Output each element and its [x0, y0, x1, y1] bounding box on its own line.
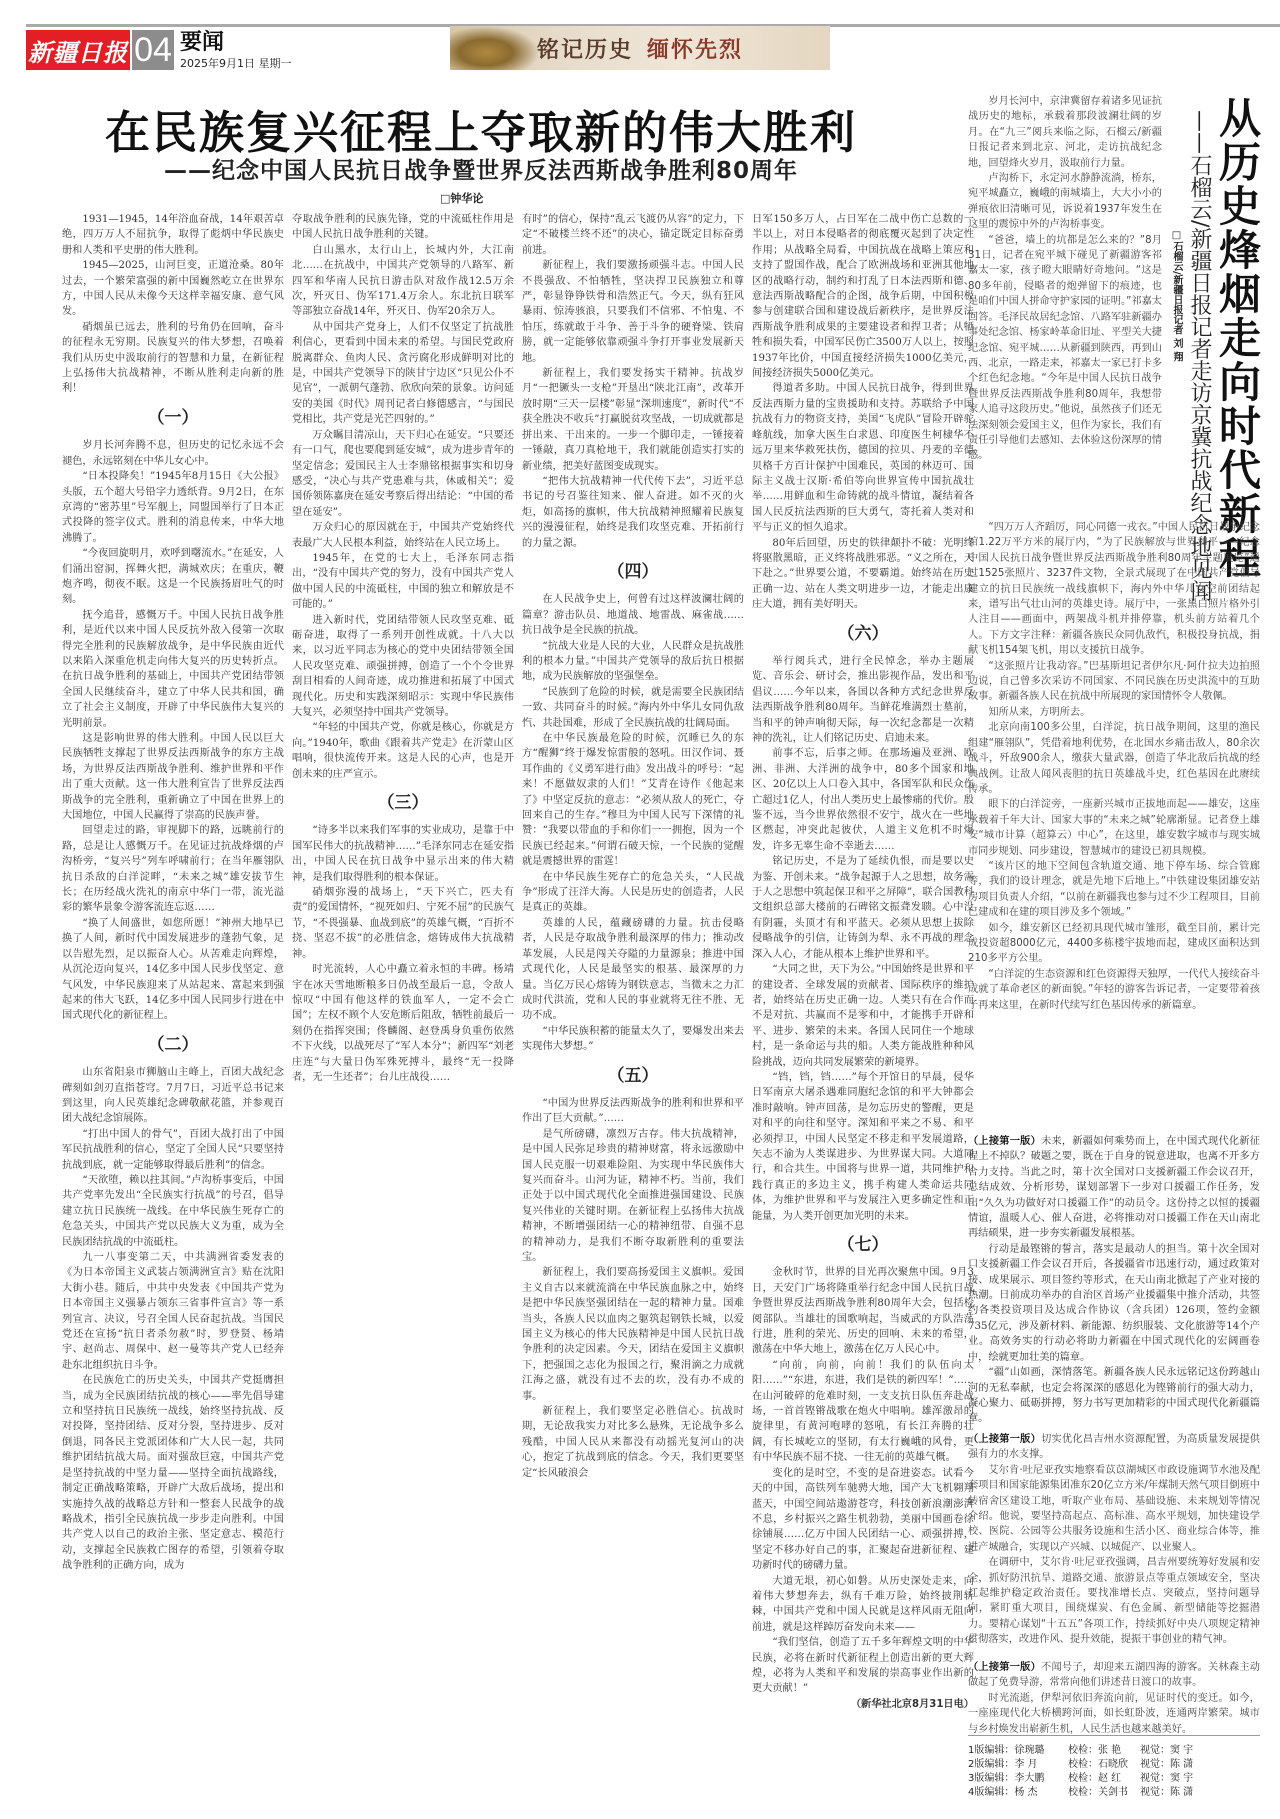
- paragraph: 抚今追昔，感慨万千。中国人民抗日战争胜利，是近代以来中国人民反抗外敌入侵第一次取…: [62, 608, 284, 731]
- side-article-body: “四万万人齐蹈厉，同心同德一戎衣。”中国人民抗日战争纪念馆1.22万平方米的展厅…: [968, 520, 1260, 1220]
- article-column-4: 日军150多万人，占日军在二战中伤亡总数的一半以上，对日本侵略者的彻底覆灭起到了…: [752, 212, 974, 1812]
- credit-row: 1版编辑：徐琬璐 校检：张 艳 视觉：窦 宇: [968, 1744, 1260, 1758]
- paragraph: 在中华民族生死存亡的危急关头，“人民战争”形成了汪洋大海。人民是历史的创造者，人…: [522, 870, 744, 916]
- continued-tag: （上接第一版）: [968, 1434, 1041, 1445]
- issue-date: 2025年9月1日 星期一: [180, 58, 292, 69]
- paragraph: “日本投降矣！”1945年8月15日《大公报》头版，五个超大号铅字力透纸背。9月…: [62, 469, 284, 546]
- paragraph: 岁月长河奔腾不息，但历史的记忆永远不会褪色，永远铭刻在中华儿女心中。: [62, 438, 284, 469]
- paragraph: 硝烟虽已远去，胜利的号角仍在回响，奋斗的征程永无穷期。民族复兴的伟大梦想，召唤着…: [62, 320, 284, 397]
- section-heading: （二）: [62, 1038, 284, 1053]
- section-name: 要闻: [180, 32, 292, 54]
- masthead: 新疆日报 04 要闻 2025年9月1日 星期一: [26, 30, 292, 70]
- section-heading: （六）: [752, 627, 974, 642]
- paragraph: 万众归心的原因就在于，中国共产党始终代表最广大人民根本利益，始终站在人民立场上。: [292, 520, 514, 551]
- paragraph: “抗战大业是人民的大业，人民群众是抗战胜利的根本力量。”中国共产党领导的敌后抗日…: [522, 639, 744, 685]
- section-info: 要闻 2025年9月1日 星期一: [180, 32, 292, 69]
- paragraph: “中华民族积蓄的能量太久了，要爆发出来去实现伟大梦想。”: [522, 1024, 744, 1055]
- banner-illustration-icon: [450, 26, 540, 70]
- paragraph: “天欲堕，赖以拄其间。”卢沟桥事变后，中国共产党率先发出“全民族实行抗战”的号召…: [62, 1173, 284, 1250]
- credit-proof: 校检：石晓欣: [1068, 1758, 1140, 1772]
- credit-visual: 视觉：陈 潇: [1140, 1758, 1260, 1772]
- main-byline: □钟华论: [440, 190, 483, 206]
- paragraph: 这是影响世界的伟大胜利。中国人民以巨大民族牺牲支撑起了世界反法西斯战争的东方主战…: [62, 731, 284, 823]
- paragraph: 艾尔肯·吐尼亚孜实地察看苡苡湖城区市政设施调节水池及配套项目和国家能源集团准东2…: [968, 1463, 1260, 1555]
- paragraph: 北京向南100多公里，白洋淀，抗日战争期间，这里的渔民组建“雁翎队”，凭借着地利…: [968, 720, 1260, 797]
- paragraph: 前事不忘，后事之师。在那场遍及亚洲、欧洲、非洲、大洋洲的战争中，80多个国家和地…: [752, 746, 974, 854]
- paragraph: 铭记历史，不是为了延续仇恨，而是要以史为鉴、开创未来。“战争起源于人之思想，故务…: [752, 854, 974, 962]
- paragraph: 硝烟弥漫的战场上，“天下兴亡，匹夫有责”的爱国情怀，“视死如归、宁死不屈”的民族…: [292, 885, 514, 962]
- paragraph: 在人民战争史上，何曾有过这样波澜壮阔的篇章？游击队员、地道战、地雷战、麻雀战………: [522, 592, 744, 638]
- paragraph: 从中国共产党身上，人们不仅坚定了抗战胜利信心，更看到中国未来的希望。与国民党政府…: [292, 320, 514, 428]
- continued-article-3: （上接第一版）不闻号子，却迎来五湖四海的游客。关林森主动做起了免费导游，常常向他…: [968, 1660, 1260, 1737]
- paragraph: “大同之世，天下为公。”中国始终是世界和平的建设者、全球发展的贡献者、国际秩序的…: [752, 962, 974, 1070]
- paragraph: “四万万人齐蹈厉，同心同德一戎衣。”中国人民抗日战争纪念馆1.22万平方米的展厅…: [968, 520, 1260, 659]
- paragraph: “向前，向前，向前！我们的队伍向太阳……”“东进，东进，我们是铁的新四军！”………: [752, 1358, 974, 1466]
- paragraph: 1931—1945，14年浴血奋战，14年艰苦卓绝，四万万人不屈抗争，取得了彪炳…: [62, 212, 284, 258]
- credit-row: 3版编辑：李大鹏 校检：赵 红 视觉：窦 宇: [968, 1772, 1260, 1786]
- paragraph: “我们坚信，创造了五千多年辉煌文明的中华民族，必将在新时代新征程上创造出新的更大…: [752, 1635, 974, 1697]
- credit-editor: 3版编辑：李大鹏: [968, 1772, 1068, 1786]
- credit-proof: 校检：关剑书: [1068, 1786, 1140, 1800]
- paragraph: 卢沟桥下，永定河水静静流淌，桥东，宛平城矗立，巍峨的南城墙上，大大小小的弹痕依旧…: [968, 171, 1162, 233]
- paragraph: 山东省阳泉市狮脑山主峰上，百团大战纪念碑刻如剑刃直指苍穹。7月7日，习近平总书记…: [62, 1065, 284, 1127]
- paragraph: “打出中国人的骨气”，百团大战打出了中国军民抗战胜利的信心，坚定了全国人民“只要…: [62, 1127, 284, 1173]
- editorial-credits: 1版编辑：徐琬璐 校检：张 艳 视觉：窦 宇 2版编辑：李 月 校检：石晓欣 视…: [968, 1744, 1260, 1800]
- banner-slogan: 铭记历史缅怀先烈: [537, 33, 743, 64]
- credit-proof: 校检：张 艳: [1068, 1744, 1140, 1758]
- article-dateline: （新华社北京8月31日电）: [752, 1697, 974, 1712]
- paragraph: “白洋淀的生态资源和红色资源得天独厚，一代代人接续奋斗成就了革命老区的新面貌。”…: [968, 967, 1260, 1013]
- side-article-intro-column: 岁月长河中，京津冀留存着诸多见证抗战历史的地标，承载着那段波澜壮阔的岁月。在“九…: [968, 94, 1162, 464]
- section-heading: （四）: [522, 565, 744, 580]
- paragraph: 新征程上，我们要坚定必胜信心。抗战时期，无论敌我实力对比多么悬殊，无论战争多么残…: [522, 1404, 744, 1481]
- paragraph: “铛，铛，铛……”每个开馆日的早晨，侵华日军南京大屠杀遇难同胞纪念馆的和平大钟都…: [752, 1070, 974, 1224]
- paragraph: 得道者多助。中国人民抗日战争，得到世界反法西斯力量的宝贵援助和支持。苏联给予中国…: [752, 381, 974, 535]
- paragraph: “该片区的地下空间包含轨道交通、地下停车场、综合管廊等，我们的设计理念，就是先地…: [968, 859, 1260, 921]
- banner-slogan-a: 铭记历史: [537, 38, 633, 63]
- section-heading: （一）: [62, 411, 284, 426]
- page-number: 04: [132, 30, 174, 70]
- paragraph: 回望走过的路，审视脚下的路，远眺前行的路，总是让人感慨万千。在见证过抗战烽烟的卢…: [62, 823, 284, 915]
- credit-editor: 4版编辑：杨 杰: [968, 1786, 1068, 1800]
- paragraph: 时光流逝，伊犁河依旧奔流向前，见证时代的变迁。如今，一座座现代化大桥横跨河面，如…: [968, 1691, 1260, 1737]
- paragraph: 知所从来，方明所去。: [968, 705, 1260, 720]
- paragraph: 白山黑水，太行山上，长城内外，大江南北……在抗战中，中国共产党领导的八路军、新四…: [292, 243, 514, 320]
- paragraph: 在调研中，艾尔肯·吐尼亚孜强调，昌吉州要统筹好发展和安全，抓好防汛抗旱、道路交通…: [968, 1555, 1260, 1647]
- paragraph: “把伟大抗战精神一代代传下去”，习近平总书记的号召鉴往知来、催人奋进。如不灭的火…: [522, 474, 744, 551]
- paragraph: “换了人间盛世，如您所愿！”神州大地早已换了人间，新时代中国发展进步的蓬勃气象，…: [62, 916, 284, 1024]
- paragraph: 日军150多万人，占日军在二战中伤亡总数的一半以上，对日本侵略者的彻底覆灭起到了…: [752, 212, 974, 381]
- paragraph: “疆”山如画，深情落笔。新疆各族人民永远铭记这份跨越山河的无私奉献，也定会将深深…: [968, 1365, 1260, 1427]
- side-article-title: 从历史烽烟走向时代新程: [1212, 96, 1262, 580]
- paragraph: “今夜回旋明月，欢呼到曙流水。”在延安，人们涌出窑洞，挥舞火把，满城欢庆；在重庆…: [62, 546, 284, 608]
- paragraph: 有时”的信心，保持“乱云飞渡仍从容”的定力，下定“不破楼兰终不还”的决心，锚定既…: [522, 212, 744, 258]
- credit-row: 2版编辑：李 月 校检：石晓欣 视觉：陈 潇: [968, 1758, 1260, 1772]
- paragraph: 1945—2025，山河巨变，正道沧桑。80年过去，一个繁荣富强的新中国巍然屹立…: [62, 258, 284, 320]
- section-heading: （五）: [522, 1069, 744, 1084]
- paragraph: （上接第一版）不闻号子，却迎来五湖四海的游客。关林森主动做起了免费导游，常常向他…: [968, 1660, 1260, 1691]
- paragraph: （上接第一版）切实优化昌吉州水资源配置，为高质量发展提供强有力的水支撑。: [968, 1432, 1260, 1463]
- article-column-1: 1931—1945，14年浴血奋战，14年艰苦卓绝，四万万人不屈抗争，取得了彪炳…: [62, 212, 284, 1812]
- paragraph: 夺取战争胜利的民族先锋，党的中流砥柱作用是中国人民抗日战争胜利的关键。: [292, 212, 514, 243]
- paragraph: 岁月长河中，京津冀留存着诸多见证抗战历史的地标，承载着那段波澜壮阔的岁月。在“九…: [968, 94, 1162, 171]
- paragraph: 在民族危亡的历史关头，中国共产党挺膺担当，成为全民族团结抗战的核心——率先倡导建…: [62, 1373, 284, 1573]
- credit-editor: 2版编辑：李 月: [968, 1758, 1068, 1772]
- credit-visual: 视觉：陈 潇: [1140, 1786, 1260, 1800]
- paragraph: 新征程上，我们要发扬实干精神。抗战岁月“一把镢头一支枪”开垦出“陕北江南”，改革…: [522, 366, 744, 474]
- paragraph: 如今，雄安新区已经初具现代城市雏形，截至目前，累计完成投资超8000亿元，440…: [968, 921, 1260, 967]
- credit-visual: 视觉：窦 宇: [1140, 1772, 1260, 1786]
- article-column-2: 夺取战争胜利的民族先锋，党的中流砥柱作用是中国人民抗日战争胜利的关键。 白山黑水…: [292, 212, 514, 1812]
- paragraph: “民族到了危险的时候，就是需要全民族团结一致、共同奋斗的时候。”海内外中华儿女同…: [522, 685, 744, 731]
- paragraph: “年轻的中国共产党，你就是核心，你就是方向。”1940年，歌曲《跟着共产党走》在…: [292, 720, 514, 782]
- paragraph: 变化的是时空，不变的是奋进姿态。试看今天的中国，高铁列车驰骋大地，国产大飞机翱翔…: [752, 1466, 974, 1574]
- side-article-byline: □石榴云/新疆日报记者 刘 翔: [1170, 230, 1184, 362]
- paragraph: “诗多半以来我们军事的实业成功，是靠于中国军民伟大的抗战精神……”毛泽东同志在延…: [292, 823, 514, 885]
- credit-row: 4版编辑：杨 杰 校检：关剑书 视觉：陈 潇: [968, 1786, 1260, 1800]
- main-subheadline: ——纪念中国人民抗日战争暨世界反法西斯战争胜利80周年: [66, 152, 896, 185]
- paragraph-text: 未来，新疆如何乘势而上，在中国式现代化新征程上不掉队？破题之要，既在于自身的锐意…: [968, 1136, 1260, 1239]
- paragraph: 时光流转，人心中矗立着永恒的丰碑。杨靖宇在冰天雪地断粮多日仍战至最后一息，令敌人…: [292, 962, 514, 1085]
- paragraph: 九一八事变第二天，中共满洲省委发表的《为日本帝国主义武装占领满洲宣言》贴在沈阳大…: [62, 1250, 284, 1373]
- paragraph: 80年后回望，历史的铁律颠扑不破：光明终将驱散黑暗，正义终将战胜邪恶。“义之所在…: [752, 536, 974, 613]
- newspaper-logo: 新疆日报: [26, 30, 130, 70]
- paragraph: 举行阅兵式，进行全民悼念，举办主题展览、音乐会、研讨会，推出影视作品，发出和平倡…: [752, 654, 974, 746]
- paragraph: 是气所磅礴，凛烈万古存。伟大抗战精神，是中国人民弥足珍贵的精神财富，将永远激励中…: [522, 1127, 744, 1266]
- paragraph: 新征程上，我们要高扬爱国主义旗帜。爱国主义自古以来就流淌在中华民族血脉之中，始终…: [522, 1265, 744, 1404]
- credits-divider: [968, 1735, 1260, 1736]
- article-column-3: 有时”的信心，保持“乱云飞渡仍从容”的定力，下定“不破楼兰终不还”的决心，锚定既…: [522, 212, 744, 1812]
- paragraph: “爸爸，墙上的坑都是怎么来的？”8月31日，记者在宛平城下碰见了新疆游客祁嘉太一…: [968, 233, 1162, 464]
- paragraph: 眼下的白洋淀旁，一座新兴城市正拔地而起——雄安，这座承载着千年大计、国家大事的“…: [968, 797, 1260, 859]
- paragraph: “中国为世界反法西斯战争的胜利和世界和平作出了巨大贡献。”……: [522, 1096, 744, 1127]
- paragraph: 在中华民族最危险的时候，沉睡已久的东方“醒狮”终于爆发惊雷般的怒吼。田汉作词、聂…: [522, 731, 744, 870]
- credit-visual: 视觉：窦 宇: [1140, 1744, 1260, 1758]
- paragraph: 新征程上，我们要激扬顽强斗志。中国人民不畏强敌、不怕牺牲，坚决捍卫民族独立和尊严…: [522, 258, 744, 366]
- paragraph: 金秋时节，世界的目光再次聚焦中国。9月3日，天安门广场将隆重举行纪念中国人民抗日…: [752, 1265, 974, 1357]
- paragraph: 进入新时代，党团结带领人民攻坚克难、砥砺奋进，取得了一系列开创性成就。十八大以来…: [292, 613, 514, 721]
- paragraph: 1945年，在党的七大上，毛泽东同志指出，“没有中国共产党的努力，没有中国共产党…: [292, 551, 514, 613]
- credit-proof: 校检：赵 红: [1068, 1772, 1140, 1786]
- theme-banner: 铭记历史缅怀先烈: [450, 26, 830, 70]
- section-heading: （三）: [292, 796, 514, 811]
- continued-article-2: （上接第一版）切实优化昌吉州水资源配置，为高质量发展提供强有力的水支撑。 艾尔肯…: [968, 1432, 1260, 1648]
- banner-slogan-b: 缅怀先烈: [647, 38, 743, 63]
- paragraph: “这张照片让我动容。”巴基斯坦记者伊尔凡·阿什拉夫边拍照边说，自己曾多次采访不同…: [968, 659, 1260, 705]
- continued-tag: （上接第一版）: [968, 1136, 1041, 1147]
- credit-editor: 1版编辑：徐琬璐: [968, 1744, 1068, 1758]
- paragraph: 大道无垠，初心如磐。从历史深处走来，向着伟大梦想奔去，纵有千难万险，始终披荆斩棘…: [752, 1574, 974, 1636]
- paragraph: 英雄的人民，蕴藏磅礴的力量。抗击侵略者，人民是夺取战争胜利最深厚的伟力；推动改革…: [522, 916, 744, 1024]
- paragraph: （上接第一版）未来，新疆如何乘势而上，在中国式现代化新征程上不掉队？破题之要，既…: [968, 1134, 1260, 1242]
- paragraph: 行动是最铿锵的誓言，落实是最动人的担当。第十次全国对口支援新疆工作会议召开后，各…: [968, 1242, 1260, 1365]
- continued-article-1: （上接第一版）未来，新疆如何乘势而上，在中国式现代化新征程上不掉队？破题之要，既…: [968, 1134, 1260, 1427]
- paragraph: 万众瞩目清凉山，天下归心在延安。“只要还有一口气，爬也要爬到延安城”，成为进步青…: [292, 428, 514, 520]
- continued-tag: （上接第一版）: [968, 1662, 1041, 1673]
- section-heading: （七）: [752, 1238, 974, 1253]
